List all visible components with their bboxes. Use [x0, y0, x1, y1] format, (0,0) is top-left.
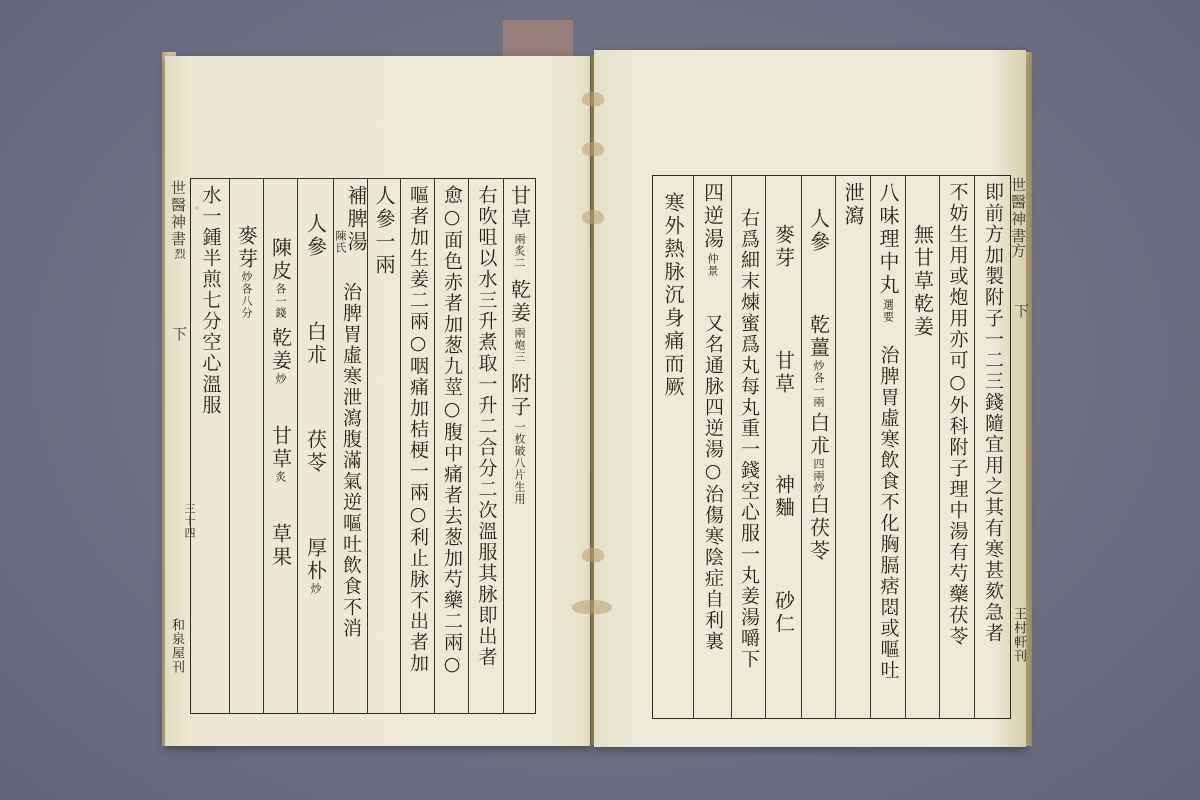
text-column: 甘草 兩炙二 乾姜 兩炮三 附子 一枚破八片生用: [503, 179, 535, 713]
text-column: 寒外熱脉沉身痛而厥: [653, 176, 693, 718]
left-text-frame: 甘草 兩炙二 乾姜 兩炮三 附子 一枚破八片生用 右吹咀以水三升煮取一升二合分二…: [190, 178, 536, 714]
right-margin-column: 世醫神書 方 下 王村軒刊: [1010, 175, 1032, 717]
binding-stitch: [572, 600, 612, 614]
herb-name: 甘草: [774, 350, 794, 396]
text-column: 嘔者加生姜二兩○咽痛加桔梗一兩○利止脉不出者加: [400, 179, 434, 713]
text-line: 人參一兩: [374, 185, 394, 277]
herb-name: 白朮: [809, 412, 829, 458]
herb-name: 厚朴: [306, 537, 326, 583]
herb-name: 麥芽: [237, 225, 257, 271]
herb-name: 乾姜: [271, 327, 291, 373]
margin-volume: 下: [1013, 303, 1028, 320]
left-margin-column: 世醫神書 烈 下 三十四 和泉屋刊: [168, 178, 190, 712]
margin-annotation: 方: [1010, 243, 1025, 260]
herb-name: 甘草: [271, 425, 291, 471]
text-line: 右爲細末煉蜜爲丸每丸重一錢空心服一丸姜湯嚼下: [739, 208, 758, 670]
text-line: 愈○面色赤者加葱九莖○腹中痛者去葱加芍藥二兩○: [442, 185, 461, 677]
binding-stitch: [582, 142, 604, 156]
text-column: 即前方加製附子一二三錢隨宜用之其有寒甚欬急者: [974, 176, 1010, 718]
dosage-note: 炒各一兩: [813, 360, 824, 408]
margin-book-title: 世醫神書: [1010, 177, 1025, 245]
herb-name: 茯苓: [306, 429, 326, 475]
dosage-note: 炒各八分: [241, 271, 252, 319]
text-column: 不妨生用或炮用亦可○外科附子理中湯有芍藥茯苓: [939, 176, 974, 718]
herb-name: 白朮: [306, 321, 326, 367]
herb-name: 神麯: [774, 474, 794, 520]
book-spine-gutter: [591, 55, 594, 745]
margin-volume: 下: [171, 326, 186, 343]
herb-name: 人參: [306, 213, 326, 259]
herb-name: 草果: [271, 523, 291, 569]
text-column: 無甘草乾姜: [905, 176, 939, 718]
text-column: 八味理中丸 選要 治脾胃虛寒飲食不化胸膈痞悶或嘔吐: [870, 176, 905, 718]
margin-book-title: 世醫神書: [170, 180, 185, 248]
dosage-note: 兩炮三: [514, 327, 525, 363]
herb-name: 乾姜: [510, 279, 530, 325]
dosage-note: 炙: [275, 471, 286, 483]
dosage-note: 四兩炒: [813, 458, 824, 494]
binding-stitch: [582, 92, 604, 106]
text-line: 寒外熱脉沉身痛而厥: [663, 192, 683, 399]
herb-name: 附子: [510, 373, 530, 419]
text-column: 水一鍾半煎七分空心溫服: [191, 179, 229, 713]
text-column: 人參 乾薑 炒各一兩 白朮 四兩炒 白茯苓: [801, 176, 835, 718]
right-text-frame: 即前方加製附子一二三錢隨宜用之其有寒甚欬急者 不妨生用或炮用亦可○外科附子理中湯…: [652, 175, 1011, 719]
herb-name: 甘草: [510, 185, 530, 231]
text-column: 補脾湯 陳氏 治脾胃虛寒泄瀉腹滿氣逆嘔吐飲食不消: [333, 179, 367, 713]
herb-name: 白茯苓: [809, 494, 829, 563]
herb-name: 麥芽: [774, 224, 794, 270]
text-column: 泄瀉: [835, 176, 870, 718]
text-line: 又名通脉四逆湯○治傷寒陰症自利裏: [703, 313, 722, 652]
dosage-note: 炒: [275, 373, 286, 385]
margin-publisher: 王村軒刊: [1012, 607, 1025, 663]
text-column: 四逆湯 仲景 又名通脉四逆湯○治傷寒陰症自利裏: [693, 176, 731, 718]
dosage-note: 兩炙二: [514, 233, 525, 269]
margin-publisher: 和泉屋刊: [170, 618, 183, 674]
text-line: 水一鍾半煎七分空心溫服: [201, 185, 220, 416]
text-line: 即前方加製附子一二三錢隨宜用之其有寒甚欬急者: [983, 182, 1002, 644]
formula-title: 補脾湯: [346, 185, 366, 254]
source-note: 選要: [883, 299, 894, 323]
text-line: 泄瀉: [843, 182, 863, 228]
text-line: 不妨生用或炮用亦可○外科附子理中湯有芍藥茯苓: [948, 182, 967, 647]
herb-name: 人參: [809, 208, 829, 254]
dosage-note: 炒: [310, 583, 321, 595]
text-column: 陳皮 各一錢 乾姜 炒 甘草 炙 草果: [263, 179, 297, 713]
herb-name: 砂仁: [774, 590, 794, 636]
herb-name: 乾薑: [809, 314, 829, 360]
formula-title: 八味理中丸: [878, 182, 898, 297]
formula-title: 四逆湯: [703, 182, 723, 251]
text-column: 人參一兩: [367, 179, 400, 713]
binding-stitch: [582, 548, 604, 562]
text-column: 右吹咀以水三升煮取一升二合分二次溫服其脉即出者: [468, 179, 503, 713]
dosage-note: 各一錢: [275, 283, 286, 319]
text-column: 麥芽 炒各八分: [229, 179, 263, 713]
herb-name: 陳皮: [271, 237, 291, 283]
source-note: 仲景: [707, 253, 718, 277]
text-line: 治脾胃虛寒泄瀉腹滿氣逆嘔吐飲食不消: [341, 282, 360, 639]
text-column: 麥芽 甘草 神麯 砂仁: [765, 176, 801, 718]
text-column: 人參 白朮 茯苓 厚朴 炒: [297, 179, 333, 713]
text-line: 治脾胃虛寒飲食不化胸膈痞悶或嘔吐: [879, 345, 898, 681]
text-line: 嘔者加生姜二兩○咽痛加桔梗一兩○利止脉不出者加: [408, 185, 427, 674]
dosage-note: 一枚破八片生用: [514, 421, 525, 505]
margin-annotation: 烈: [174, 248, 185, 260]
binding-stitch: [582, 210, 604, 224]
text-line: 無甘草乾姜: [913, 224, 933, 339]
text-column: 右爲細末煉蜜爲丸每丸重一錢空心服一丸姜湯嚼下: [731, 176, 765, 718]
text-column: 愈○面色赤者加葱九莖○腹中痛者去葱加芍藥二兩○: [434, 179, 468, 713]
text-line: 右吹咀以水三升煮取一升二合分二次溫服其脉即出者: [477, 185, 496, 668]
